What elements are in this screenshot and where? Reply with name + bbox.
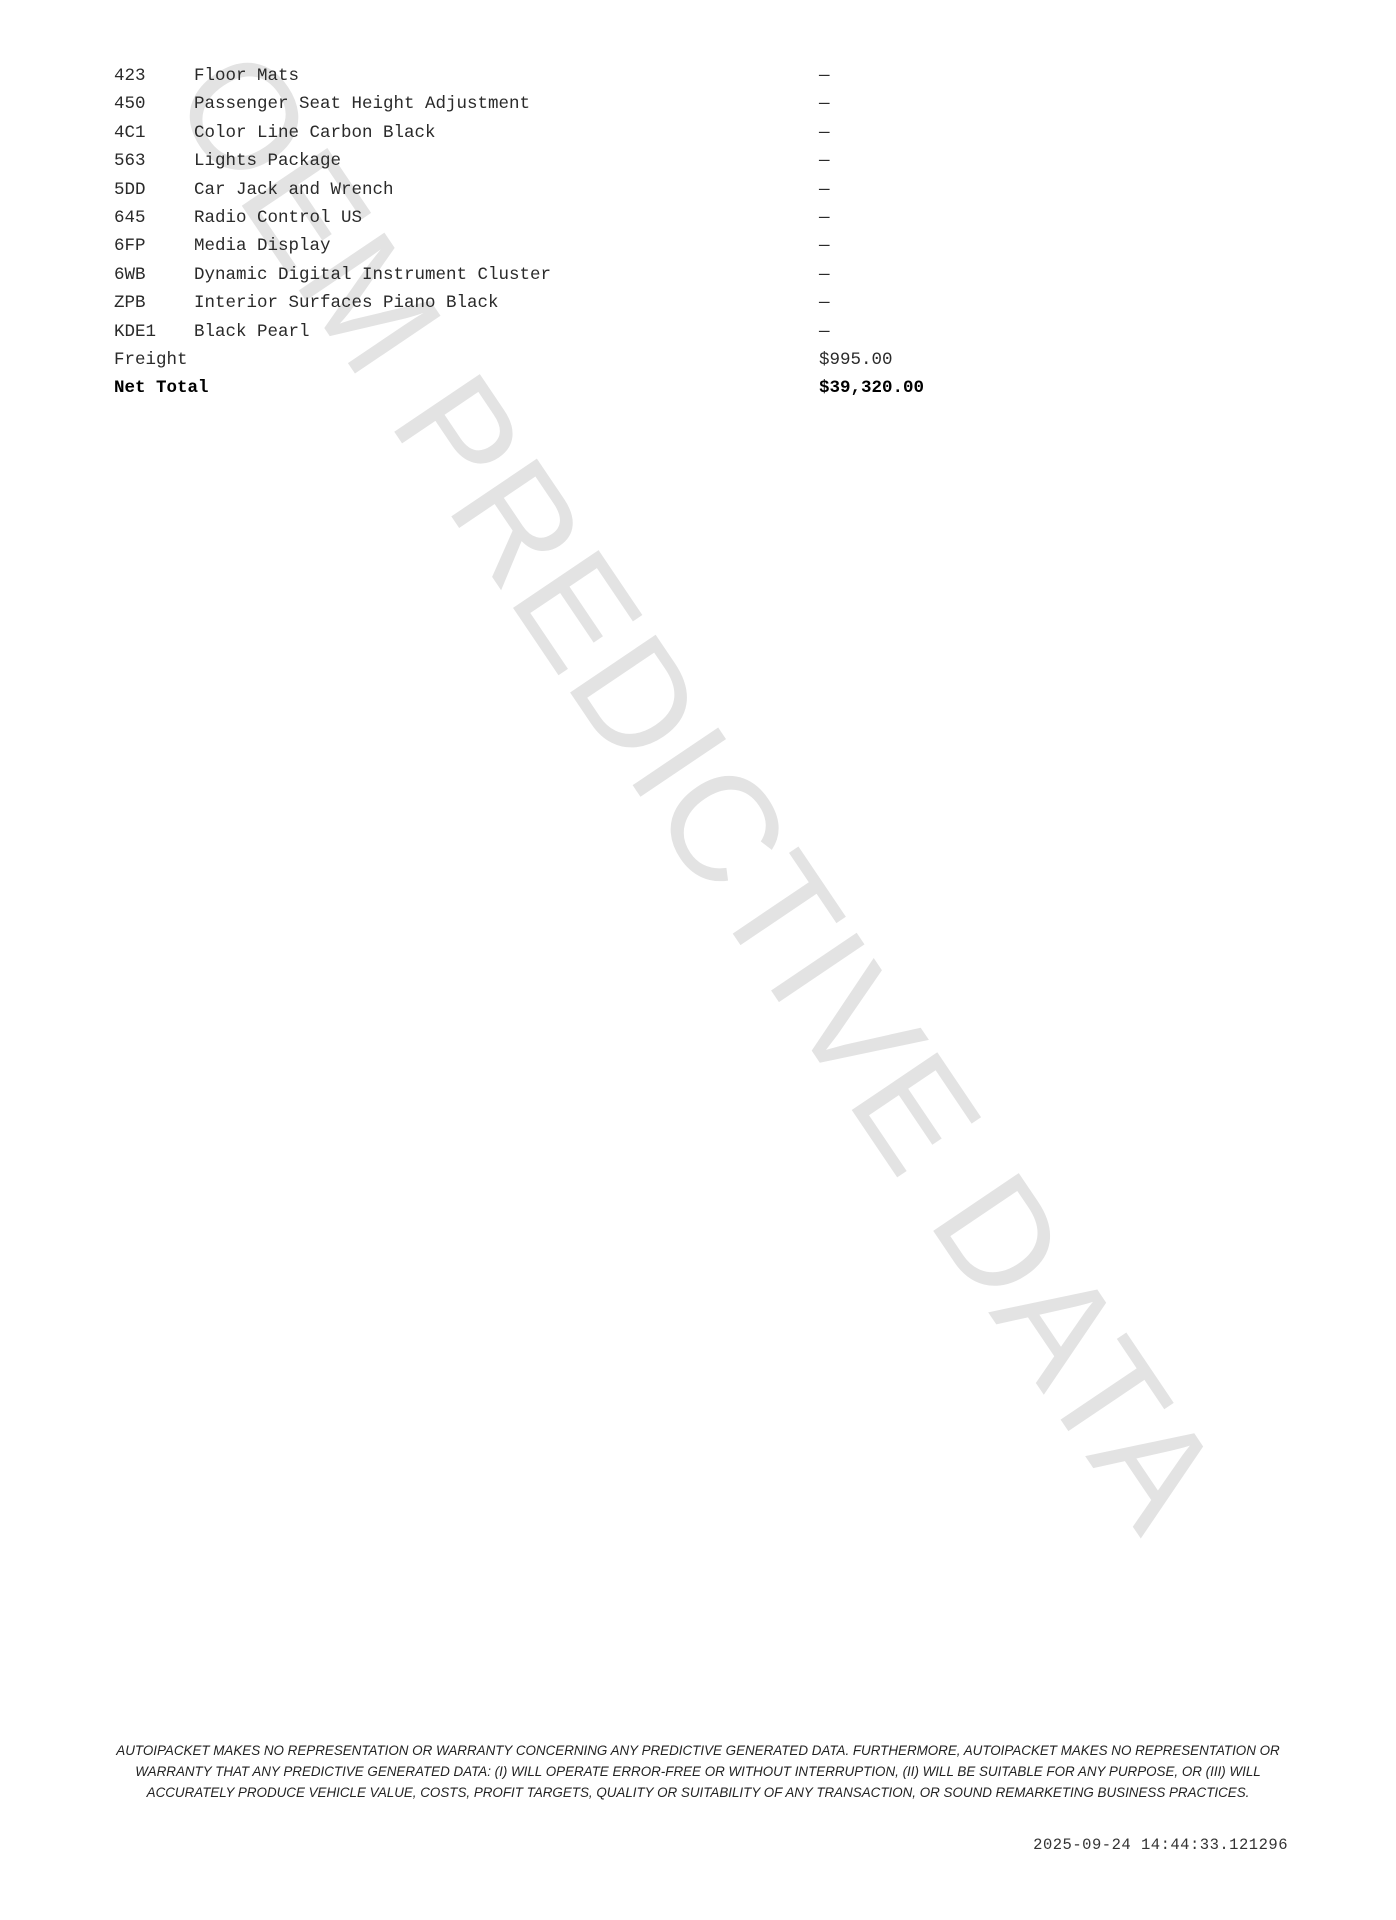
option-price: — <box>819 176 830 204</box>
option-code: KDE1 <box>114 318 156 346</box>
option-code: 563 <box>114 147 146 175</box>
freight-row: Freight $995.00 <box>114 346 974 374</box>
option-description: Lights Package <box>194 147 341 175</box>
freight-label: Freight <box>114 346 188 374</box>
option-description: Interior Surfaces Piano Black <box>194 289 499 317</box>
option-description: Car Jack and Wrench <box>194 176 394 204</box>
net-total-amount: $39,320.00 <box>819 374 924 402</box>
option-code: 6WB <box>114 261 146 289</box>
option-price: — <box>819 318 830 346</box>
option-code: 450 <box>114 90 146 118</box>
option-row: 423 Floor Mats — <box>114 62 974 90</box>
option-price: — <box>819 119 830 147</box>
option-price: — <box>819 232 830 260</box>
option-price: — <box>819 261 830 289</box>
option-description: Dynamic Digital Instrument Cluster <box>194 261 551 289</box>
generated-timestamp: 2025-09-24 14:44:33.121296 <box>1033 1836 1288 1854</box>
option-description: Media Display <box>194 232 331 260</box>
option-price: — <box>819 147 830 175</box>
option-row: 5DD Car Jack and Wrench — <box>114 176 974 204</box>
option-description: Black Pearl <box>194 318 310 346</box>
net-total-row: Net Total $39,320.00 <box>114 374 974 402</box>
option-row: ZPB Interior Surfaces Piano Black — <box>114 289 974 317</box>
legal-disclaimer: AUTOIPACKET MAKES NO REPRESENTATION OR W… <box>115 1741 1281 1803</box>
option-code: ZPB <box>114 289 146 317</box>
option-price: — <box>819 62 830 90</box>
option-row: 645 Radio Control US — <box>114 204 974 232</box>
option-code: 5DD <box>114 176 146 204</box>
option-code: 423 <box>114 62 146 90</box>
option-row: KDE1 Black Pearl — <box>114 318 974 346</box>
option-code: 645 <box>114 204 146 232</box>
option-description: Radio Control US <box>194 204 362 232</box>
option-price: — <box>819 289 830 317</box>
option-row: 6WB Dynamic Digital Instrument Cluster — <box>114 261 974 289</box>
freight-amount: $995.00 <box>819 346 893 374</box>
net-total-label: Net Total <box>114 374 209 402</box>
option-price: — <box>819 204 830 232</box>
option-row: 563 Lights Package — <box>114 147 974 175</box>
option-description: Color Line Carbon Black <box>194 119 436 147</box>
option-code: 6FP <box>114 232 146 260</box>
option-row: 6FP Media Display — <box>114 232 974 260</box>
options-list: 423 Floor Mats — 450 Passenger Seat Heig… <box>114 62 974 403</box>
option-price: — <box>819 90 830 118</box>
option-description: Floor Mats <box>194 62 299 90</box>
option-row: 450 Passenger Seat Height Adjustment — <box>114 90 974 118</box>
option-row: 4C1 Color Line Carbon Black — <box>114 119 974 147</box>
option-description: Passenger Seat Height Adjustment <box>194 90 530 118</box>
option-code: 4C1 <box>114 119 146 147</box>
